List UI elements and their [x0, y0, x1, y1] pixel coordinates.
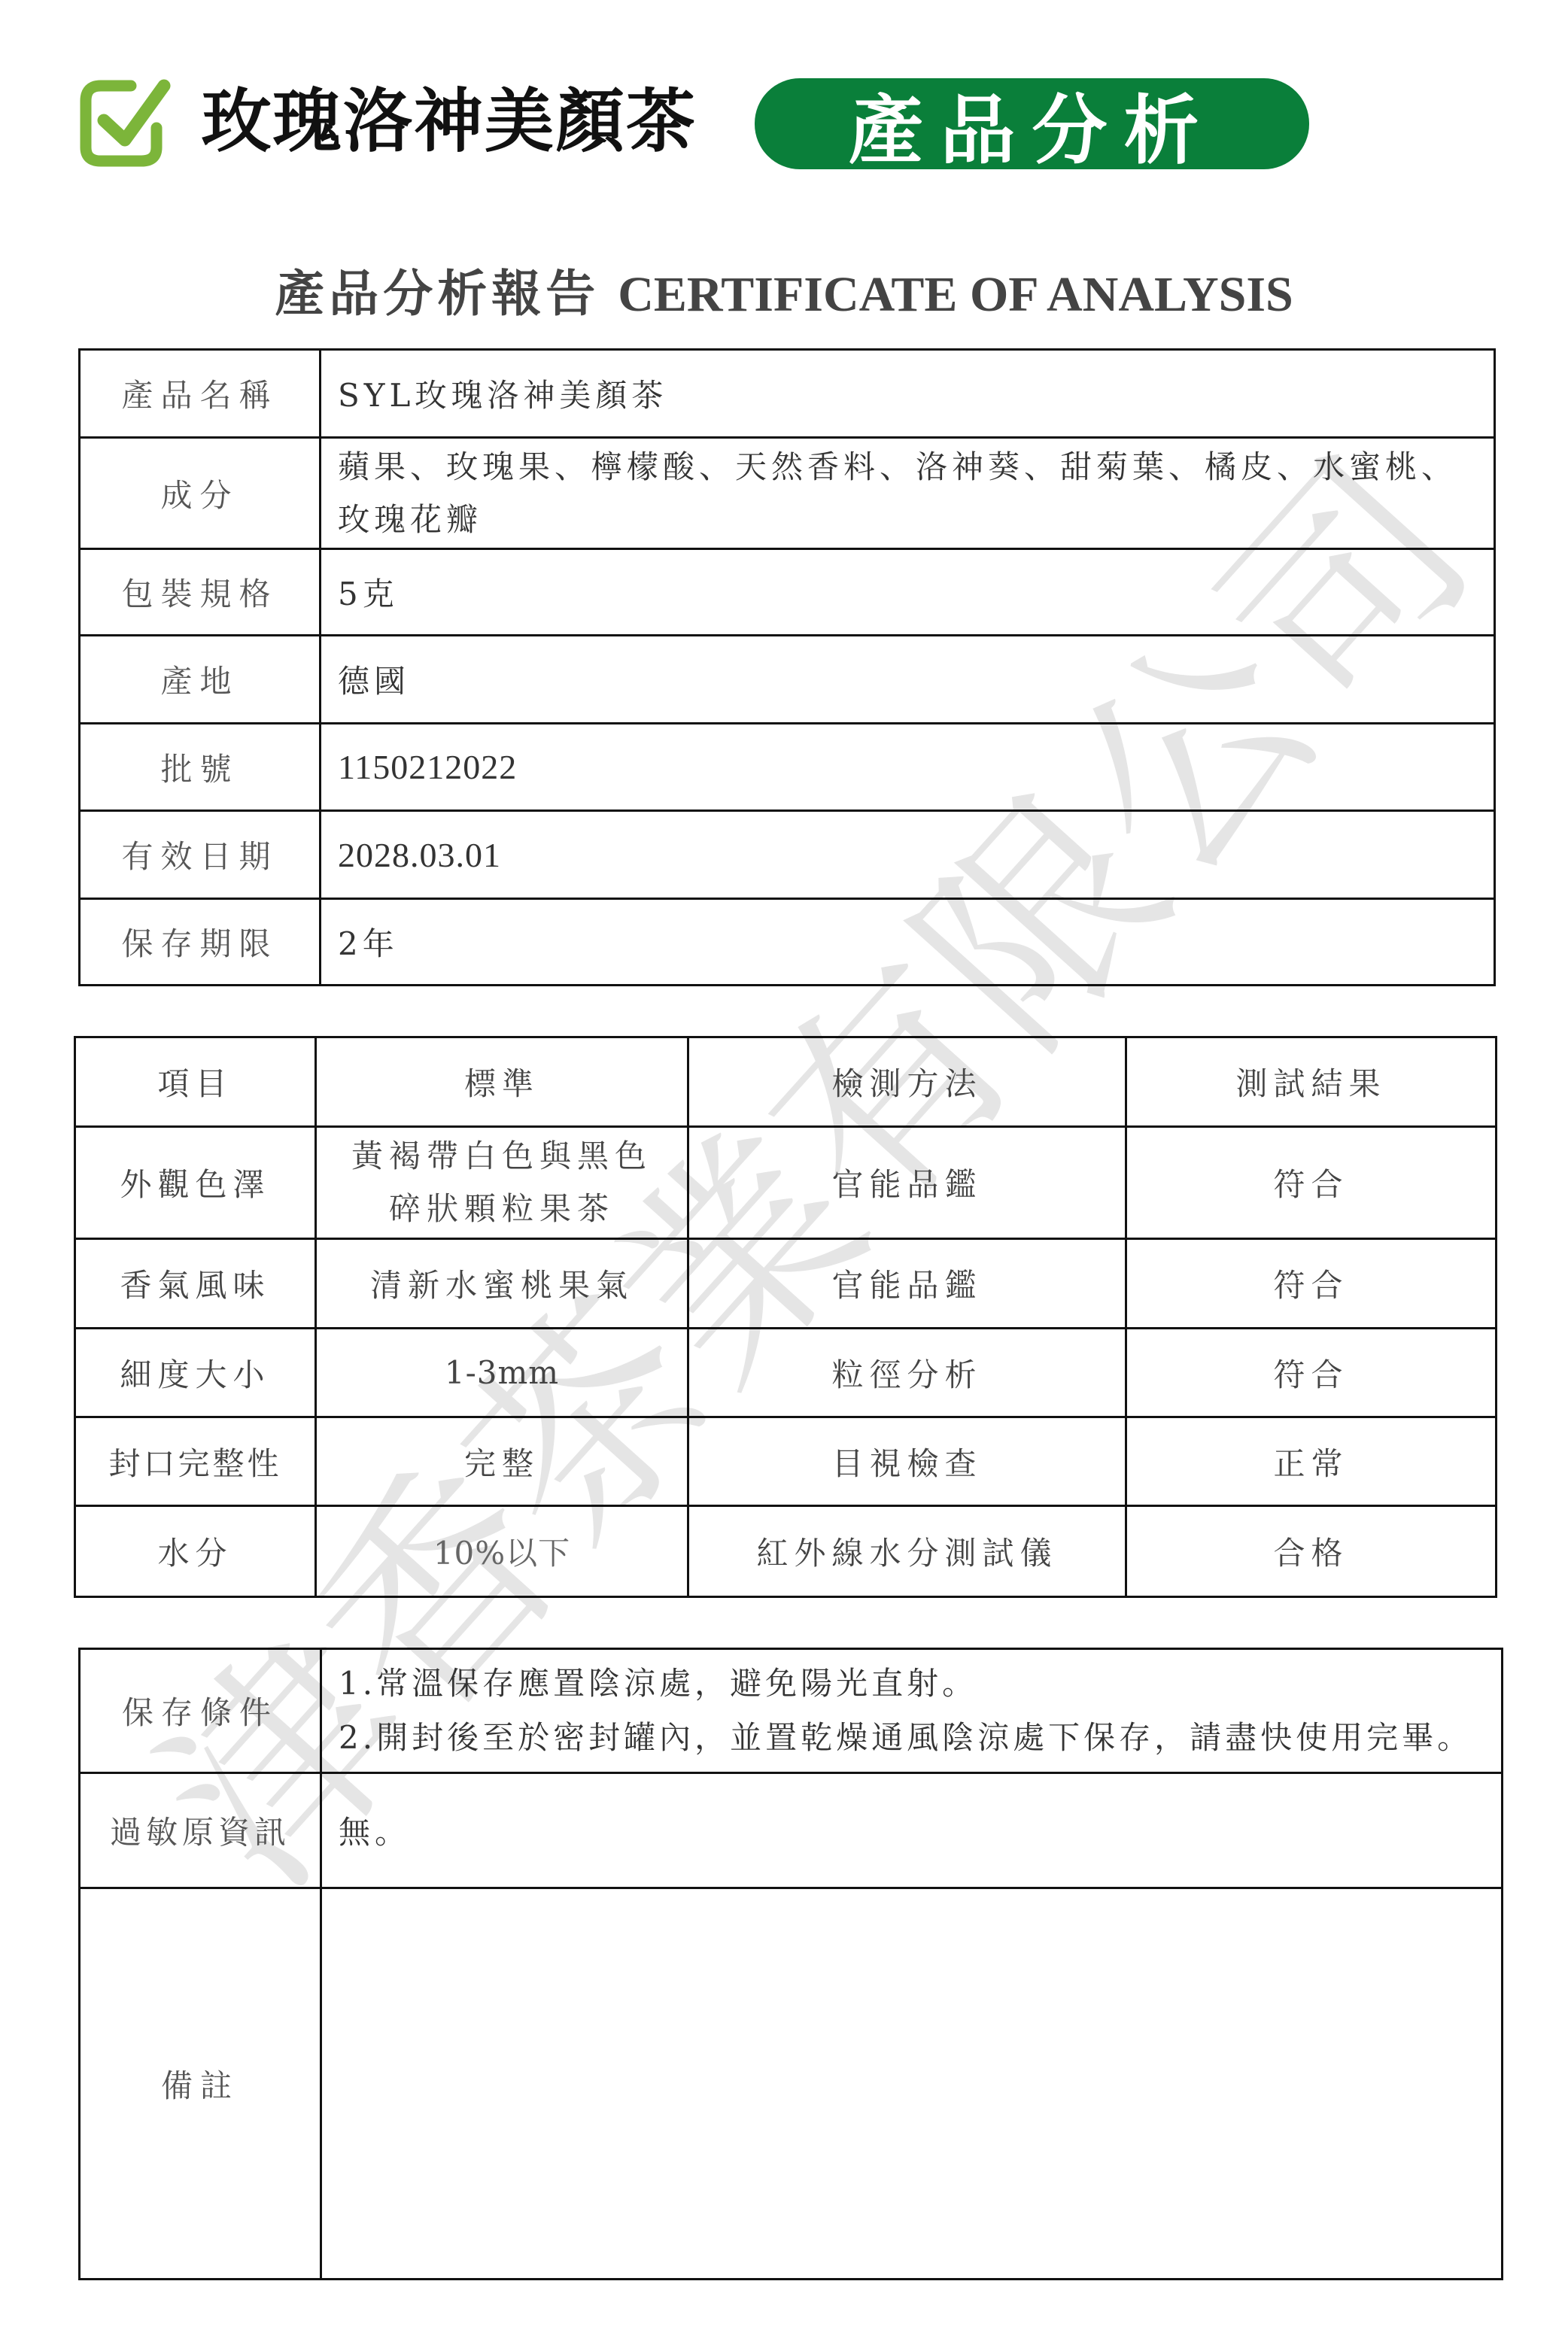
- info-row: 批號 1150212022: [80, 724, 1495, 811]
- test-result: 符合: [1126, 1239, 1497, 1329]
- test-method: 目視檢查: [688, 1417, 1126, 1506]
- test-result: 符合: [1126, 1329, 1497, 1417]
- remarks-label: 備註: [80, 1888, 321, 2280]
- col-header-item: 項目: [75, 1037, 316, 1127]
- test-item: 封口完整性: [75, 1417, 316, 1506]
- info-value: 蘋果、玫瑰果、檸檬酸、天然香料、洛神葵、甜菊葉、橘皮、水蜜桃、玫瑰花瓣: [321, 438, 1495, 549]
- storage-row: 保存條件 1.常溫保存應置陰涼處，避免陽光直射。 2.開封後至於密封罐內，並置乾…: [80, 1649, 1503, 1773]
- info-value: 1150212022: [321, 724, 1495, 811]
- info-label: 產地: [80, 636, 321, 724]
- test-row: 封口完整性 完整 目視檢查 正常: [75, 1417, 1497, 1506]
- test-row: 香氣風味 清新水蜜桃果氣 官能品鑑 符合: [75, 1239, 1497, 1329]
- remarks-row: 備註: [80, 1888, 1503, 2280]
- info-row: 包裝規格 5克: [80, 549, 1495, 636]
- storage-label: 保存條件: [80, 1649, 321, 1773]
- test-row: 細度大小 1-3mm 粒徑分析 符合: [75, 1329, 1497, 1417]
- test-method: 官能品鑑: [688, 1127, 1126, 1239]
- test-item: 香氣風味: [75, 1239, 316, 1329]
- info-label: 有效日期: [80, 811, 321, 899]
- test-method: 官能品鑑: [688, 1239, 1126, 1329]
- info-row: 成分 蘋果、玫瑰果、檸檬酸、天然香料、洛神葵、甜菊葉、橘皮、水蜜桃、玫瑰花瓣: [80, 438, 1495, 549]
- storage-conditions: 1.常溫保存應置陰涼處，避免陽光直射。 2.開封後至於密封罐內，並置乾燥通風陰涼…: [321, 1649, 1503, 1773]
- test-standard: 1-3mm: [316, 1329, 688, 1417]
- info-label: 產品名稱: [80, 350, 321, 438]
- report-title-zh: 產品分析報告: [275, 265, 600, 323]
- report-title-en: CERTIFICATE OF ANALYSIS: [618, 267, 1293, 322]
- test-standard: 黃褐帶白色與黑色碎狀顆粒果茶: [316, 1127, 688, 1239]
- test-standard: 清新水蜜桃果氣: [316, 1239, 688, 1329]
- test-method: 粒徑分析: [688, 1329, 1126, 1417]
- checkbox-check-icon: [78, 75, 172, 169]
- storage-line-1: 1.常溫保存應置陰涼處，避免陽光直射。: [339, 1657, 1501, 1711]
- info-value: 德國: [321, 636, 1495, 724]
- report-title: 產品分析報告CERTIFICATE OF ANALYSIS: [0, 260, 1568, 327]
- info-row: 有效日期 2028.03.01: [80, 811, 1495, 899]
- test-result: 正常: [1126, 1417, 1497, 1506]
- test-row: 外觀色澤 黃褐帶白色與黑色碎狀顆粒果茶 官能品鑑 符合: [75, 1127, 1497, 1239]
- info-row: 產品名稱 SYL玫瑰洛神美顏茶: [80, 350, 1495, 438]
- test-header-row: 項目 標準 檢測方法 測試結果: [75, 1037, 1497, 1127]
- info-label: 保存期限: [80, 899, 321, 986]
- info-value: 5克: [321, 549, 1495, 636]
- brand-title: 玫瑰洛神美顏茶: [202, 77, 697, 167]
- test-standard: 10%以下: [316, 1506, 688, 1597]
- test-standard: 完整: [316, 1417, 688, 1506]
- info-label: 成分: [80, 438, 321, 549]
- test-method: 紅外線水分測試儀: [688, 1506, 1126, 1597]
- allergen-row: 過敏原資訊 無。: [80, 1773, 1503, 1888]
- info-row: 產地 德國: [80, 636, 1495, 724]
- col-header-method: 檢測方法: [688, 1037, 1126, 1127]
- allergen-label: 過敏原資訊: [80, 1773, 321, 1888]
- remarks-value: [321, 1888, 1503, 2280]
- test-results-table: 項目 標準 檢測方法 測試結果 外觀色澤 黃褐帶白色與黑色碎狀顆粒果茶 官能品鑑…: [74, 1036, 1497, 1598]
- col-header-standard: 標準: [316, 1037, 688, 1127]
- col-header-result: 測試結果: [1126, 1037, 1497, 1127]
- test-result: 符合: [1126, 1127, 1497, 1239]
- info-row: 保存期限 2年: [80, 899, 1495, 986]
- info-label: 批號: [80, 724, 321, 811]
- test-result: 合格: [1126, 1506, 1497, 1597]
- allergen-value: 無。: [321, 1773, 1503, 1888]
- test-item: 水分: [75, 1506, 316, 1597]
- product-analysis-badge: 產品分析: [755, 78, 1309, 169]
- storage-notes-table: 保存條件 1.常溫保存應置陰涼處，避免陽光直射。 2.開封後至於密封罐內，並置乾…: [78, 1648, 1503, 2280]
- info-value: 2028.03.01: [321, 811, 1495, 899]
- storage-line-2: 2.開封後至於密封罐內，並置乾燥通風陰涼處下保存，請盡快使用完畢。: [339, 1711, 1501, 1765]
- product-info-table: 產品名稱 SYL玫瑰洛神美顏茶 成分 蘋果、玫瑰果、檸檬酸、天然香料、洛神葵、甜…: [78, 348, 1496, 986]
- test-item: 細度大小: [75, 1329, 316, 1417]
- test-row: 水分 10%以下 紅外線水分測試儀 合格: [75, 1506, 1497, 1597]
- test-item: 外觀色澤: [75, 1127, 316, 1239]
- info-value: SYL玫瑰洛神美顏茶: [321, 350, 1495, 438]
- info-value: 2年: [321, 899, 1495, 986]
- info-label: 包裝規格: [80, 549, 321, 636]
